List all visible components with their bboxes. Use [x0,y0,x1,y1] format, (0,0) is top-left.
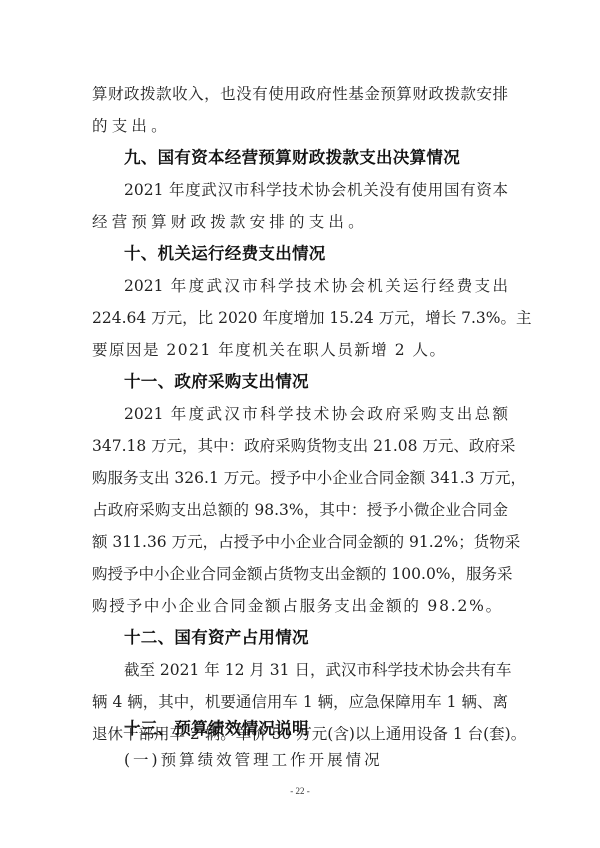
page-number: - 22 - [0,786,600,796]
body-line: 额 311.36 万元，占授予中小企业合同金额的 91.2%；货物采 [92,532,508,552]
body-line: 截至 2021 年 12 月 31 日，武汉市科学技术协会共有车 [124,660,508,680]
body-line: 347.18 万元，其中：政府采购货物支出 21.08 万元、政府采 [92,436,508,456]
section-heading-12: 十二、国有资产占用情况 [124,628,309,648]
body-line: 2021 年度武汉市科学技术协会政府采购支出总额 [124,404,508,424]
body-line: 算财政拨款收入，也没有使用政府性基金预算财政拨款安排 [92,84,508,104]
body-line: 的支出。 [92,116,512,136]
body-line: 224.64 万元，比 2020 年度增加 15.24 万元，增长 7.3%。主 [92,308,508,328]
section-heading-11: 十一、政府采购支出情况 [124,372,309,392]
section-heading-9: 九、国有资本经营预算财政拨款支出决算情况 [124,148,460,168]
body-line: 要原因是 2021 年度机关在职人员新增 2 人。 [92,340,512,360]
subsection-heading: (一)预算绩效管理工作开展情况 [124,750,383,770]
section-heading-13: 十三、预算绩效情况说明 [124,719,309,739]
document-page: 算财政拨款收入，也没有使用政府性基金预算财政拨款安排 的支出。 九、国有资本经营… [0,0,600,848]
body-line: 购服务支出 326.1 万元。授予中小企业合同金额 341.3 万元， [92,468,508,488]
section-heading-10: 十、机关运行经费支出情况 [124,244,326,264]
body-line: 购授予中小企业合同金额占货物支出金额的 100.0%，服务采 [92,564,508,584]
body-line: 2021 年度武汉市科学技术协会机关运行经费支出 [124,276,508,296]
body-line: 2021 年度武汉市科学技术协会机关没有使用国有资本 [124,180,508,200]
body-line: 辆 4 辆，其中，机要通信用车 1 辆，应急保障用车 1 辆、离 [92,692,508,712]
body-line: 占政府采购支出总额的 98.3%，其中：授予小微企业合同金 [92,500,508,520]
body-line: 购授予中小企业合同金额占服务支出金额的 98.2%。 [92,596,512,616]
body-line: 经营预算财政拨款安排的支出。 [92,212,512,232]
